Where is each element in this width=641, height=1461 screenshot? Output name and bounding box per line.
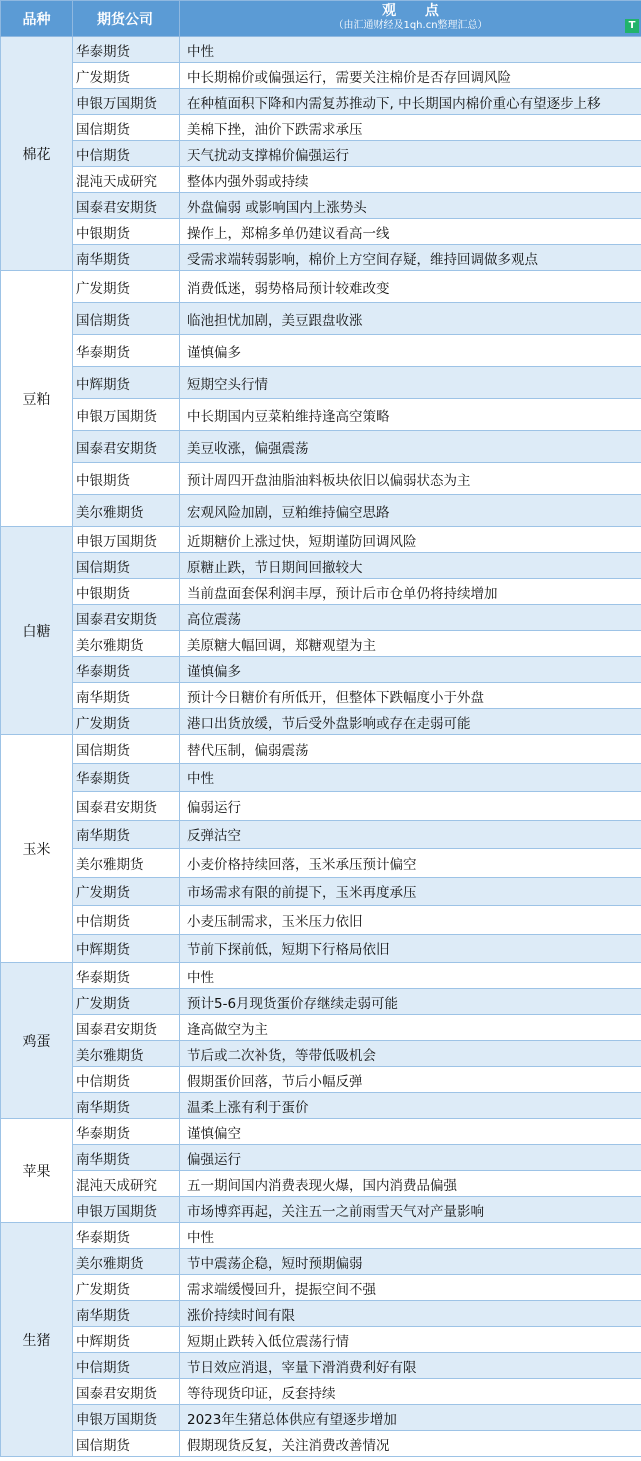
- firm-cell: 南华期货: [73, 1145, 180, 1171]
- view-cell: 消费低迷，弱势格局预计较难改变: [180, 271, 641, 303]
- table-row: 中信期货节日效应消退，宰量下滑消费利好有限: [1, 1353, 641, 1379]
- view-cell: 节前下探前低，短期下行格局依旧: [180, 934, 641, 963]
- table-row: 中辉期货节前下探前低，短期下行格局依旧: [1, 934, 641, 963]
- table-row: 苹果华泰期货谨慎偏空: [1, 1119, 641, 1145]
- table-row: 广发期货中长期棉价或偏强运行，需要关注棉价是否存回调风险: [1, 63, 641, 89]
- view-cell: 短期止跌转入低位震荡行情: [180, 1327, 641, 1353]
- view-cell: 节日效应消退，宰量下滑消费利好有限: [180, 1353, 641, 1379]
- table-header: 品种 期货公司 观 点 （由汇通财经及1qh.cn整理汇总） T: [1, 1, 641, 37]
- firm-cell: 中辉期货: [73, 367, 180, 399]
- view-cell: 在种植面积下降和内需复苏推动下, 中长期国内棉价重心有望逐步上移: [180, 89, 641, 115]
- table-row: 中信期货天气扰动支撑棉价偏强运行: [1, 141, 641, 167]
- table-row: 豆粕广发期货消费低迷，弱势格局预计较难改变: [1, 271, 641, 303]
- view-cell: 预计周四开盘油脂油料板块依旧以偏弱状态为主: [180, 463, 641, 495]
- table-row: 玉米国信期货替代压制，偏弱震荡: [1, 735, 641, 764]
- firm-cell: 华泰期货: [73, 1223, 180, 1249]
- firm-cell: 广发期货: [73, 989, 180, 1015]
- table-row: 生猪华泰期货中性: [1, 1223, 641, 1249]
- view-cell: 假期蛋价回落，节后小幅反弹: [180, 1067, 641, 1093]
- category-cell: 苹果: [1, 1119, 73, 1223]
- view-cell: 谨慎偏多: [180, 335, 641, 367]
- table-row: 广发期货预计5-6月现货蛋价存继续走弱可能: [1, 989, 641, 1015]
- firm-cell: 国泰君安期货: [73, 1015, 180, 1041]
- view-cell: 市场需求有限的前提下，玉米再度承压: [180, 877, 641, 906]
- firm-cell: 申银万国期货: [73, 399, 180, 431]
- view-cell: 节后或二次补货，等带低吸机会: [180, 1041, 641, 1067]
- table-row: 华泰期货谨慎偏多: [1, 335, 641, 367]
- firm-cell: 美尔雅期货: [73, 495, 180, 527]
- table-row: 国信期货临池担忧加剧，美豆跟盘收涨: [1, 303, 641, 335]
- view-cell: 整体内强外弱或持续: [180, 167, 641, 193]
- view-cell: 2023年生猪总体供应有望逐步增加: [180, 1405, 641, 1431]
- view-cell: 预计5-6月现货蛋价存继续走弱可能: [180, 989, 641, 1015]
- category-cell: 豆粕: [1, 271, 73, 527]
- firm-cell: 广发期货: [73, 271, 180, 303]
- view-cell: 受需求端转弱影响，棉价上方空间存疑，维持回调做多观点: [180, 245, 641, 271]
- category-cell: 玉米: [1, 735, 73, 963]
- firm-cell: 中银期货: [73, 579, 180, 605]
- header-view-title: 观 点: [180, 4, 641, 18]
- firm-cell: 中辉期货: [73, 934, 180, 963]
- table-row: 国泰君安期货等待现货印证，反套持续: [1, 1379, 641, 1405]
- table-row: 中银期货操作上，郑棉多单仍建议看高一线: [1, 219, 641, 245]
- view-cell: 谨慎偏多: [180, 657, 641, 683]
- header-firm: 期货公司: [73, 1, 180, 37]
- firm-cell: 南华期货: [73, 1093, 180, 1119]
- firm-cell: 南华期货: [73, 1301, 180, 1327]
- table-row: 混沌天成研究五一期间国内消费表现火爆，国内消费品偏强: [1, 1171, 641, 1197]
- firm-cell: 华泰期货: [73, 657, 180, 683]
- table-row: 华泰期货中性: [1, 763, 641, 792]
- firm-cell: 国信期货: [73, 553, 180, 579]
- table-row: 中信期货假期蛋价回落，节后小幅反弹: [1, 1067, 641, 1093]
- firm-cell: 华泰期货: [73, 763, 180, 792]
- firm-cell: 中信期货: [73, 1067, 180, 1093]
- table-row: 棉花华泰期货中性: [1, 37, 641, 63]
- view-cell: 预计今日糖价有所低开，但整体下跌幅度小于外盘: [180, 683, 641, 709]
- table-row: 国信期货美棉下挫，油价下跌需求承压: [1, 115, 641, 141]
- header-view: 观 点 （由汇通财经及1qh.cn整理汇总） T: [180, 1, 641, 37]
- view-cell: 原糖止跌，节日期间回撤较大: [180, 553, 641, 579]
- table-body: 棉花华泰期货中性广发期货中长期棉价或偏强运行，需要关注棉价是否存回调风险申银万国…: [1, 37, 641, 1457]
- view-cell: 美豆收涨，偏强震荡: [180, 431, 641, 463]
- table-row: 国泰君安期货美豆收涨，偏强震荡: [1, 431, 641, 463]
- view-cell: 操作上，郑棉多单仍建议看高一线: [180, 219, 641, 245]
- firm-cell: 中银期货: [73, 219, 180, 245]
- firm-cell: 国信期货: [73, 1431, 180, 1457]
- view-cell: 美原糖大幅回调，郑糖观望为主: [180, 631, 641, 657]
- view-cell: 替代压制，偏弱震荡: [180, 735, 641, 764]
- view-cell: 节中震荡企稳，短时预期偏弱: [180, 1249, 641, 1275]
- view-cell: 温柔上涨有利于蛋价: [180, 1093, 641, 1119]
- firm-cell: 南华期货: [73, 820, 180, 849]
- category-cell: 生猪: [1, 1223, 73, 1457]
- firm-cell: 华泰期货: [73, 1119, 180, 1145]
- firm-cell: 申银万国期货: [73, 1197, 180, 1223]
- view-cell: 宏观风险加剧，豆粕维持偏空思路: [180, 495, 641, 527]
- table-row: 国泰君安期货逢高做空为主: [1, 1015, 641, 1041]
- firm-cell: 国泰君安期货: [73, 193, 180, 219]
- view-cell: 假期现货反复，关注消费改善情况: [180, 1431, 641, 1457]
- view-cell: 中性: [180, 37, 641, 63]
- firm-cell: 中信期货: [73, 1353, 180, 1379]
- firm-cell: 广发期货: [73, 63, 180, 89]
- firm-cell: 广发期货: [73, 1275, 180, 1301]
- category-cell: 白糖: [1, 527, 73, 735]
- firm-cell: 华泰期货: [73, 335, 180, 367]
- table-row: 混沌天成研究整体内强外弱或持续: [1, 167, 641, 193]
- view-cell: 外盘偏弱 或影响国内上涨势头: [180, 193, 641, 219]
- firm-cell: 申银万国期货: [73, 89, 180, 115]
- firm-cell: 华泰期货: [73, 963, 180, 989]
- table-row: 广发期货市场需求有限的前提下，玉米再度承压: [1, 877, 641, 906]
- table-row: 国泰君安期货外盘偏弱 或影响国内上涨势头: [1, 193, 641, 219]
- firm-cell: 混沌天成研究: [73, 167, 180, 193]
- firm-cell: 中辉期货: [73, 1327, 180, 1353]
- view-cell: 美棉下挫，油价下跌需求承压: [180, 115, 641, 141]
- category-cell: 棉花: [1, 37, 73, 271]
- firm-cell: 国泰君安期货: [73, 1379, 180, 1405]
- view-cell: 港口出货放缓，节后受外盘影响或存在走弱可能: [180, 709, 641, 735]
- table-row: 申银万国期货2023年生猪总体供应有望逐步增加: [1, 1405, 641, 1431]
- firm-cell: 广发期货: [73, 709, 180, 735]
- firm-cell: 申银万国期货: [73, 527, 180, 553]
- view-cell: 高位震荡: [180, 605, 641, 631]
- table-row: 南华期货反弹沽空: [1, 820, 641, 849]
- view-cell: 临池担忧加剧，美豆跟盘收涨: [180, 303, 641, 335]
- firm-cell: 国信期货: [73, 303, 180, 335]
- table-row: 广发期货需求端缓慢回升，提振空间不强: [1, 1275, 641, 1301]
- firm-cell: 国信期货: [73, 115, 180, 141]
- firm-cell: 美尔雅期货: [73, 1249, 180, 1275]
- table-row: 中信期货小麦压制需求，玉米压力依旧: [1, 906, 641, 935]
- table-row: 美尔雅期货节后或二次补货，等带低吸机会: [1, 1041, 641, 1067]
- firm-cell: 中信期货: [73, 906, 180, 935]
- table-row: 白糖申银万国期货近期糖价上涨过快，短期谨防回调风险: [1, 527, 641, 553]
- view-cell: 等待现货印证，反套持续: [180, 1379, 641, 1405]
- view-cell: 反弹沽空: [180, 820, 641, 849]
- table-row: 南华期货受需求端转弱影响，棉价上方空间存疑，维持回调做多观点: [1, 245, 641, 271]
- table-row: 国泰君安期货偏弱运行: [1, 792, 641, 821]
- view-cell: 偏强运行: [180, 1145, 641, 1171]
- table-row: 中辉期货短期空头行情: [1, 367, 641, 399]
- view-cell: 天气扰动支撑棉价偏强运行: [180, 141, 641, 167]
- view-cell: 小麦压制需求，玉米压力依旧: [180, 906, 641, 935]
- table-row: 美尔雅期货宏观风险加剧，豆粕维持偏空思路: [1, 495, 641, 527]
- view-cell: 小麦价格持续回落，玉米承压预计偏空: [180, 849, 641, 878]
- table-row: 中银期货预计周四开盘油脂油料板块依旧以偏弱状态为主: [1, 463, 641, 495]
- table-row: 申银万国期货市场博弈再起，关注五一之前雨雪天气对产量影响: [1, 1197, 641, 1223]
- firm-cell: 国泰君安期货: [73, 431, 180, 463]
- view-cell: 逢高做空为主: [180, 1015, 641, 1041]
- firm-cell: 美尔雅期货: [73, 1041, 180, 1067]
- table-row: 国信期货假期现货反复，关注消费改善情况: [1, 1431, 641, 1457]
- firm-cell: 国信期货: [73, 735, 180, 764]
- table-row: 国信期货原糖止跌，节日期间回撤较大: [1, 553, 641, 579]
- firm-cell: 美尔雅期货: [73, 849, 180, 878]
- view-cell: 中性: [180, 1223, 641, 1249]
- table-row: 美尔雅期货小麦价格持续回落，玉米承压预计偏空: [1, 849, 641, 878]
- table-row: 广发期货港口出货放缓，节后受外盘影响或存在走弱可能: [1, 709, 641, 735]
- header-view-subtitle: （由汇通财经及1qh.cn整理汇总）: [180, 19, 641, 33]
- header-category: 品种: [1, 1, 73, 37]
- table-row: 中辉期货短期止跌转入低位震荡行情: [1, 1327, 641, 1353]
- firm-cell: 中信期货: [73, 141, 180, 167]
- futures-views-table: 品种 期货公司 观 点 （由汇通财经及1qh.cn整理汇总） T 棉花华泰期货中…: [0, 0, 641, 1457]
- filter-icon[interactable]: T: [625, 19, 639, 33]
- firm-cell: 国泰君安期货: [73, 792, 180, 821]
- view-cell: 短期空头行情: [180, 367, 641, 399]
- firm-cell: 广发期货: [73, 877, 180, 906]
- view-cell: 谨慎偏空: [180, 1119, 641, 1145]
- view-cell: 当前盘面套保利润丰厚，预计后市仓单仍将持续增加: [180, 579, 641, 605]
- table-row: 申银万国期货中长期国内豆菜粕维持逢高空策略: [1, 399, 641, 431]
- view-cell: 中长期棉价或偏强运行，需要关注棉价是否存回调风险: [180, 63, 641, 89]
- firm-cell: 中银期货: [73, 463, 180, 495]
- view-cell: 中性: [180, 763, 641, 792]
- firm-cell: 申银万国期货: [73, 1405, 180, 1431]
- table-row: 国泰君安期货高位震荡: [1, 605, 641, 631]
- table-row: 中银期货当前盘面套保利润丰厚，预计后市仓单仍将持续增加: [1, 579, 641, 605]
- firm-cell: 国泰君安期货: [73, 605, 180, 631]
- view-cell: 偏弱运行: [180, 792, 641, 821]
- firm-cell: 南华期货: [73, 245, 180, 271]
- firm-cell: 混沌天成研究: [73, 1171, 180, 1197]
- firm-cell: 美尔雅期货: [73, 631, 180, 657]
- table-row: 南华期货偏强运行: [1, 1145, 641, 1171]
- table-row: 华泰期货谨慎偏多: [1, 657, 641, 683]
- firm-cell: 南华期货: [73, 683, 180, 709]
- view-cell: 需求端缓慢回升，提振空间不强: [180, 1275, 641, 1301]
- table-row: 鸡蛋华泰期货中性: [1, 963, 641, 989]
- view-cell: 中长期国内豆菜粕维持逢高空策略: [180, 399, 641, 431]
- table-row: 申银万国期货在种植面积下降和内需复苏推动下, 中长期国内棉价重心有望逐步上移: [1, 89, 641, 115]
- table-row: 美尔雅期货节中震荡企稳，短时预期偏弱: [1, 1249, 641, 1275]
- view-cell: 涨价持续时间有限: [180, 1301, 641, 1327]
- firm-cell: 华泰期货: [73, 37, 180, 63]
- table-row: 美尔雅期货美原糖大幅回调，郑糖观望为主: [1, 631, 641, 657]
- view-cell: 中性: [180, 963, 641, 989]
- table-row: 南华期货涨价持续时间有限: [1, 1301, 641, 1327]
- table-row: 南华期货预计今日糖价有所低开，但整体下跌幅度小于外盘: [1, 683, 641, 709]
- view-cell: 五一期间国内消费表现火爆，国内消费品偏强: [180, 1171, 641, 1197]
- category-cell: 鸡蛋: [1, 963, 73, 1119]
- table-row: 南华期货温柔上涨有利于蛋价: [1, 1093, 641, 1119]
- view-cell: 市场博弈再起，关注五一之前雨雪天气对产量影响: [180, 1197, 641, 1223]
- view-cell: 近期糖价上涨过快，短期谨防回调风险: [180, 527, 641, 553]
